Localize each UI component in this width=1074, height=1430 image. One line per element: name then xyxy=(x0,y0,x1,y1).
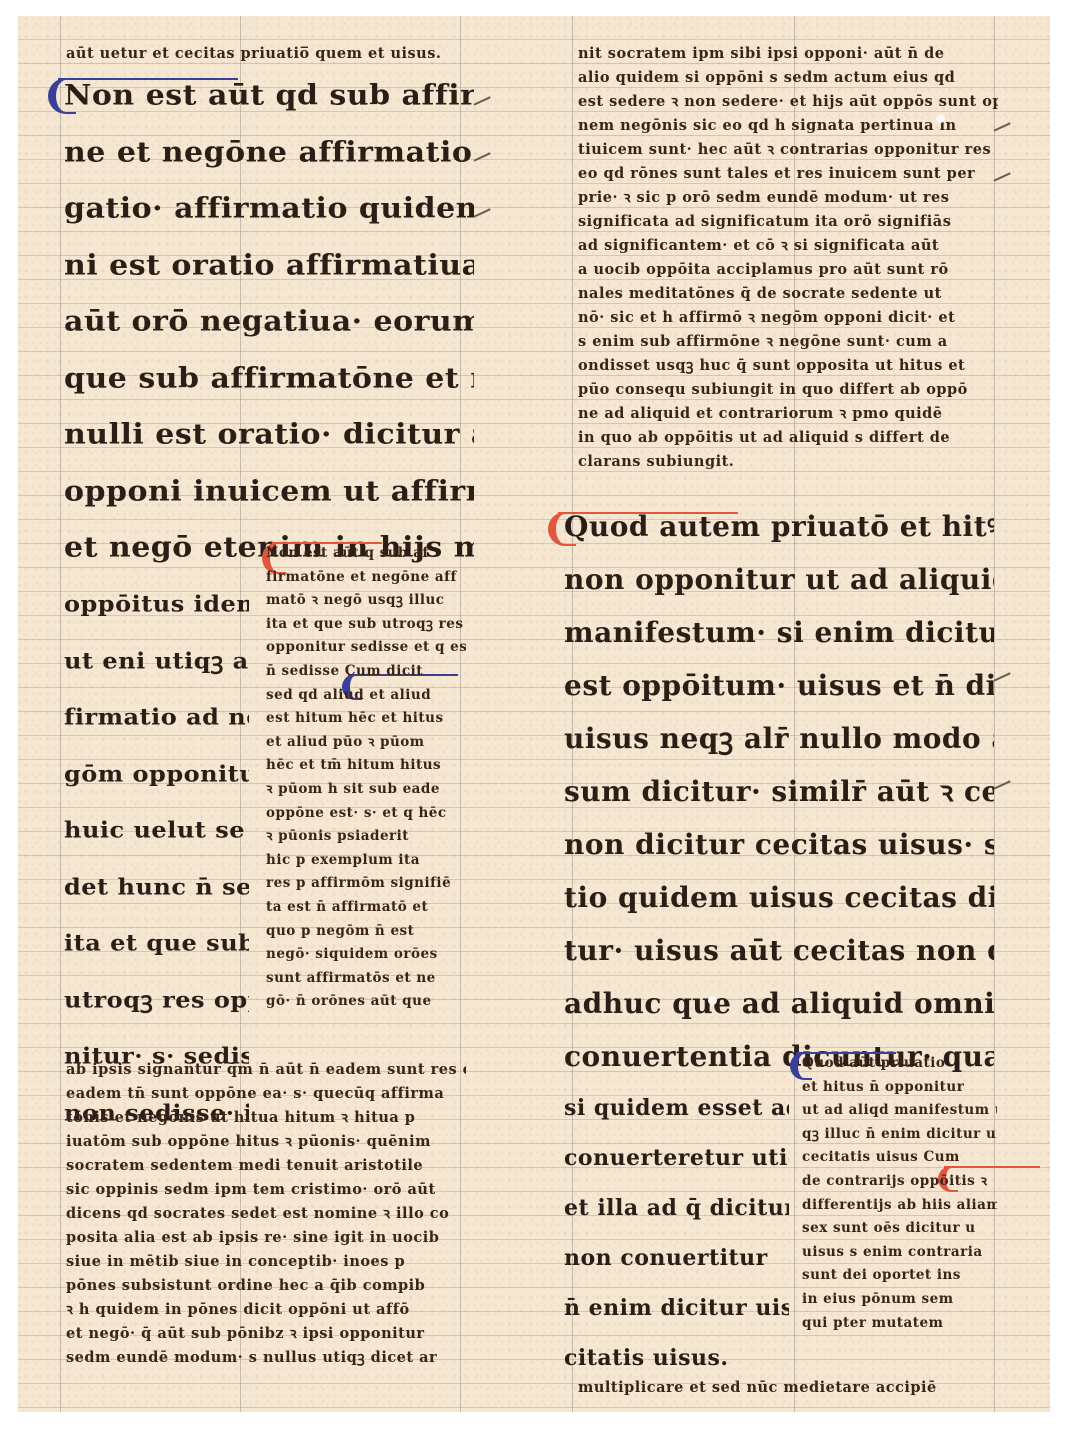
gloss-line: differentijs ab hiis aliam xyxy=(802,1194,997,1218)
gloss-line: multiplicare et sed nūc medietare accipi… xyxy=(578,1376,998,1400)
gloss-line: quo p negōm n̄ est xyxy=(266,920,466,944)
gloss-line: sedm eundē modum· s nullus utiqꝫ dicet a… xyxy=(66,1346,466,1370)
right-inner-gloss: Quod aūt priuatio et hitus n̄ opponitur … xyxy=(802,1052,997,1335)
text-line: adhuc que ad aliquid omnia ad xyxy=(564,977,994,1030)
left-main-text: Non est aūt qd sub affirmatō ne et negōn… xyxy=(64,68,474,577)
text-line: gōm opponitur xyxy=(64,748,249,800)
text-line: aūt orō negatiua· eorum aūt xyxy=(64,296,474,348)
text-line: ut eni utiqꝫ af xyxy=(64,635,249,687)
gloss-line: hic p exemplum ita xyxy=(266,849,466,873)
gloss-line: ne ad aliquid et contrariorum ꝛ pmo quid… xyxy=(578,402,998,426)
text-line: utroqꝫ res oppo xyxy=(64,974,249,1026)
text-line: oppōitus idem xyxy=(64,578,249,630)
parchment-hole xyxy=(936,114,945,123)
gloss-line: nem negōnis sic eo qd h signata pertinua… xyxy=(578,114,998,138)
gloss-line: alio quidem si oppōni s sedm actum eius … xyxy=(578,66,998,90)
text-line: sum dicitur· similr̄ aūt ꝛ cecitas xyxy=(564,765,994,818)
gloss-line: nō· sic et h affirmō ꝛ negōm opponi dici… xyxy=(578,306,998,330)
gloss-line: res p affirmōm signifiē xyxy=(266,872,466,896)
gloss-line: eo qd rōnes sunt tales et res inuicem su… xyxy=(578,162,998,186)
right-main-text: Quod autem priuatō et hitꝰ non opponitur… xyxy=(564,500,994,1083)
gloss-line: siue in mētib siue in conceptib· inoes p xyxy=(66,1250,466,1274)
gloss-line: a uocib oppōita acciplamus pro aūt sunt … xyxy=(578,258,998,282)
gloss-line: in eius pōnum sem xyxy=(802,1288,997,1312)
gloss-line: sed qd aliud et aliud xyxy=(266,684,466,708)
gloss-line: n̄ sedisse Cum dicit xyxy=(266,660,466,684)
text-line: que sub affirmatōne et negōe xyxy=(64,353,474,405)
gloss-line: ta est n̄ affirmatō et xyxy=(266,896,466,920)
gloss-line: ad significantem· et cō ꝛ si significata… xyxy=(578,234,998,258)
gloss-line: tiuicem sunt· hec aūt ꝛ contrarias oppon… xyxy=(578,138,998,162)
gloss-line: ꝛ pūom h sit sub eade xyxy=(266,778,466,802)
gloss-line: negō· siquidem orōes xyxy=(266,943,466,967)
gloss-line: ut ad aliqd manifestum us xyxy=(802,1099,997,1123)
text-line: manifestum· si enim dicitur ipsum q xyxy=(564,606,994,659)
text-line: ne et negōne affirmatio et ne xyxy=(64,127,474,179)
gloss-line: ab ipsis signantur q̄m n̄ aūt n̄ eadem s… xyxy=(66,1058,466,1082)
gloss-line: et aliud pūo ꝛ pūom xyxy=(266,731,466,755)
gloss-line: Non est aūt q sub af xyxy=(266,542,466,566)
gloss-line: pōnes subsistunt ordine hec a q̄ib compi… xyxy=(66,1274,466,1298)
text-line: opponi inuicem ut affirmatō xyxy=(64,466,474,518)
text-line: non dicitur cecitas uisus· sed priua xyxy=(564,818,994,871)
text-line: ni est oratio affirmatiua· negō xyxy=(64,240,474,292)
pen-stroke-mark xyxy=(994,780,1011,789)
right-main-text-narrow: si quidem esset ad aliquid conuerteretur… xyxy=(564,1083,789,1383)
text-line: Quod autem priuatō et hitꝰ xyxy=(564,500,994,553)
text-line: et illa ad q̄ dicitur· s xyxy=(564,1183,789,1233)
gloss-line: hēc et tm̄ hitum hitus xyxy=(266,754,466,778)
gloss-line: et hitus n̄ opponitur xyxy=(802,1076,997,1100)
gloss-line: est sedere ꝛ non sedere· et hijs aūt opp… xyxy=(578,90,998,114)
text-line: nulli est oratio· dicitur aūt ꝛ hec xyxy=(64,409,474,461)
pen-stroke-mark xyxy=(474,96,491,105)
left-top-gloss: aūt uetur et cecitas priuatio̅ quem et u… xyxy=(66,42,466,66)
text-line: tio quidem uisus cecitas dici xyxy=(564,871,994,924)
gloss-line: ꝛ h quidem in pōnes dicit oppōni ut affō xyxy=(66,1298,466,1322)
gloss-line: pūo consequ subiungit in quo differt ab … xyxy=(578,378,998,402)
gloss-line: oppōne est· s· et q hēc xyxy=(266,802,466,826)
left-main-text-narrow: oppōitus idem ut eni utiqꝫ af firmatio a… xyxy=(64,576,249,1141)
gloss-line: et negō· q̄ aūt sub pōnibz ꝛ ipsi opponi… xyxy=(66,1322,466,1346)
text-line: conuerteretur utiqꝫ xyxy=(564,1133,789,1183)
text-line: tur· uisus aūt cecitas non dicitur xyxy=(564,924,994,977)
gloss-line: firmatōne et negōne aff xyxy=(266,566,466,590)
gloss-line: sic oppinis sedm ipm tem cristimo· orō a… xyxy=(66,1178,466,1202)
gloss-line: gō· n̄ orōnes aūt que xyxy=(266,990,466,1014)
gloss-line: in quo ab oppōitis ut ad aliquid s diffe… xyxy=(578,426,998,450)
gloss-line: dicens qd socrates sedet est nomine ꝛ il… xyxy=(66,1202,466,1226)
right-top-gloss: nit socratem ipm sibi ipsi opponi· aūt n… xyxy=(578,42,998,474)
gloss-line: posita alia est ab ipsis re· sine igit i… xyxy=(66,1226,466,1250)
gloss-line: sunt dei oportet ins xyxy=(802,1264,997,1288)
gloss-line: opponitur sedisse et q est xyxy=(266,636,466,660)
text-line: huic uelut se xyxy=(64,804,249,856)
left-bottom-gloss: ab ipsis signantur q̄m n̄ aūt n̄ eadem s… xyxy=(66,1058,466,1370)
text-line: det hunc n̄ sedet xyxy=(64,861,249,913)
text-line: est oppōitum· uisus et n̄ dicitur cecita… xyxy=(564,659,994,712)
gloss-line: cecitatis uisus Cum xyxy=(802,1146,997,1170)
gloss-line: s enim sub affirmōne ꝛ negōne sunt· cum … xyxy=(578,330,998,354)
gloss-line: tōnis et negōnis ut hitua hitum ꝛ hitua … xyxy=(66,1106,466,1130)
gloss-line: est hitum hēc et hitus xyxy=(266,707,466,731)
text-line: ita et que sub xyxy=(64,917,249,969)
text-line: uisus neqꝫ alr̄ nullo modo ad ip xyxy=(564,712,994,765)
gloss-line: nit socratem ipm sibi ipsi opponi· aūt n… xyxy=(578,42,998,66)
pen-stroke-mark xyxy=(474,208,491,217)
ruling-line-left xyxy=(60,16,61,1412)
gloss-line: sunt affirmatōs et ne xyxy=(266,967,466,991)
gloss-line: matō ꝛ negō usqꝫ illuc xyxy=(266,589,466,613)
text-line: firmatio ad ne xyxy=(64,691,249,743)
pen-stroke-mark xyxy=(994,672,1011,681)
gloss-line: ꝛ pūonis psiaderit xyxy=(266,825,466,849)
pen-stroke-mark xyxy=(474,152,491,161)
gloss-line: socratem sedentem medi tenuit aristotile xyxy=(66,1154,466,1178)
gloss-line: uisus s enim contraria xyxy=(802,1241,997,1265)
text-line: non conuertitur xyxy=(564,1233,789,1283)
manuscript-leaf: aūt uetur et cecitas priuatio̅ quem et u… xyxy=(18,16,1050,1412)
gloss-line: nales meditatōnes q̄ de socrate sedente … xyxy=(578,282,998,306)
text-line: non opponitur ut ad aliquid xyxy=(564,553,994,606)
gloss-line: eadem tn̄ sunt oppōne ea· s· quecūq affi… xyxy=(66,1082,466,1106)
right-bottom-gloss: multiplicare et sed nūc medietare accipi… xyxy=(578,1376,998,1400)
gloss-line: prie· ꝛ sic p orō sedm eundē modum· ut r… xyxy=(578,186,998,210)
parchment-hole xyxy=(708,996,717,1005)
left-inner-gloss: Non est aūt q sub af firmatōne et negōne… xyxy=(266,542,466,1014)
gloss-line: ondisset usqꝫ huc q̄ sunt opposita ut hi… xyxy=(578,354,998,378)
gloss-line: Quod aūt priuatio xyxy=(802,1052,997,1076)
gloss-line: sex sunt oēs dicitur u xyxy=(802,1217,997,1241)
gloss-line: de contrarijs oppōitis ꝛ xyxy=(802,1170,997,1194)
gloss-line: aūt uetur et cecitas priuatio̅ quem et u… xyxy=(66,42,466,66)
text-line: si quidem esset ad aliquid xyxy=(564,1083,789,1133)
text-line: Non est aūt qd sub affirmatō xyxy=(64,70,474,122)
text-line: n̄ enim dicitur uisus ce xyxy=(564,1283,789,1333)
gloss-line: ita et que sub utroqꝫ res xyxy=(266,613,466,637)
gloss-line: qꝫ illuc n̄ enim dicitur uisus xyxy=(802,1123,997,1147)
gloss-line: qui pter mutatem xyxy=(802,1312,997,1336)
gloss-line: clarans subiungit. xyxy=(578,450,998,474)
gloss-line: iuatōm sub oppōne hitus ꝛ pūonis· quēnim xyxy=(66,1130,466,1154)
text-line: gatio· affirmatio quidem ue xyxy=(64,183,474,235)
gloss-line: significata ad significatum ita orō sign… xyxy=(578,210,998,234)
